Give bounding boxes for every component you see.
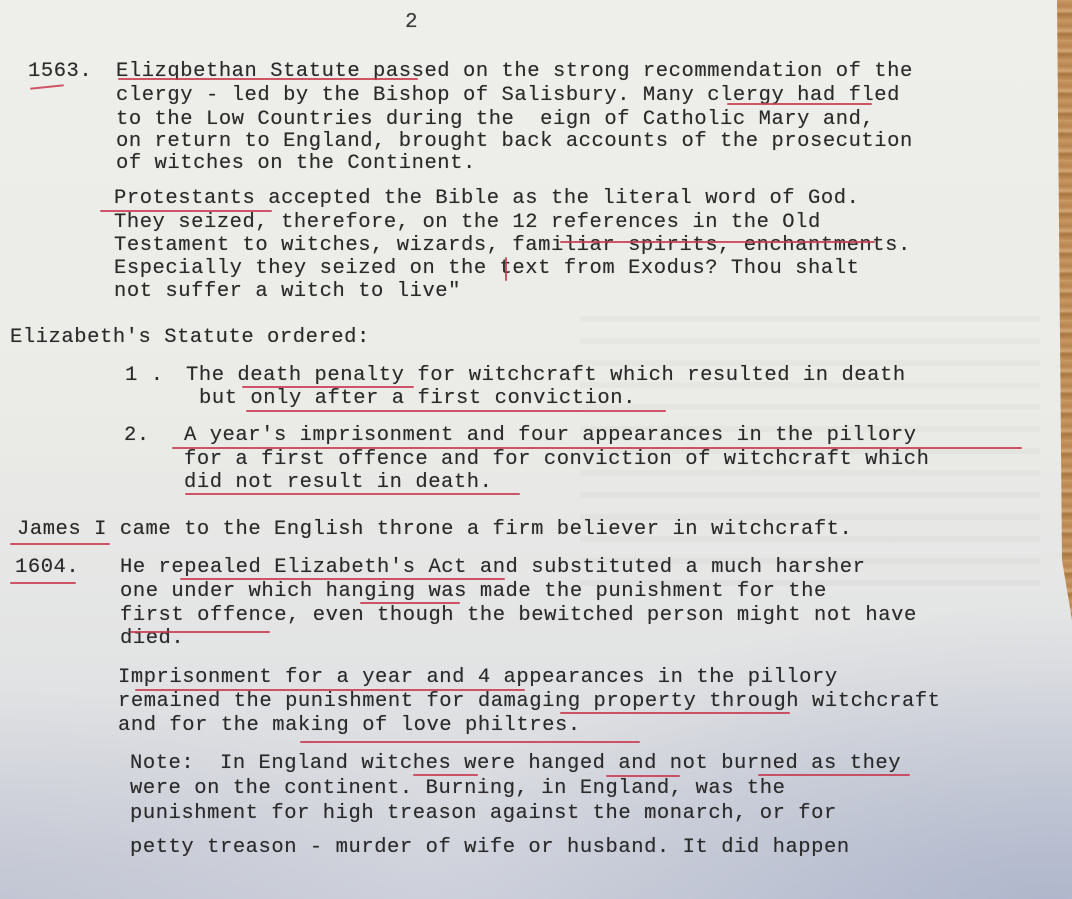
- underline-death-penalty: [242, 386, 414, 388]
- note-line-1: Note: In England witches were hanged and…: [130, 754, 901, 775]
- james-line: James I came to the English throne a fir…: [17, 520, 852, 541]
- page-number: 2: [405, 12, 418, 33]
- s1604-line-2: one under which hanging was made the pun…: [120, 582, 827, 603]
- item-2-line-3: did not result in death.: [184, 473, 492, 494]
- year-1604: 1604.: [15, 558, 79, 579]
- item-1-line-2: but only after a first conviction.: [199, 389, 636, 410]
- statute-heading: Elizabeth's Statute ordered:: [10, 328, 370, 349]
- underline-not-burned: [758, 774, 910, 776]
- imprisonment-line-1: Imprisonment for a year and 4 appearance…: [118, 668, 838, 689]
- underline-imprisonment-year: [135, 689, 525, 691]
- s1604-line-3: first offence, even though the bewitched…: [120, 606, 917, 627]
- item-1-number: 1 .: [125, 366, 164, 387]
- underline-many-clergy: [727, 103, 872, 105]
- underline-repealed-act: [180, 578, 505, 580]
- underline-first-offence: [130, 631, 270, 633]
- s1563-line-4: on return to England, brought back accou…: [116, 132, 913, 153]
- protestants-line-1: Protestants accepted the Bible as the li…: [114, 189, 859, 210]
- underline-love-philtres: [300, 741, 640, 743]
- item-2-line-2: for a first offence and for conviction o…: [184, 450, 929, 471]
- item-2-line-1: A year's imprisonment and four appearanc…: [184, 426, 917, 447]
- protestants-line-3: Testament to witches, wizards, familiar …: [114, 236, 911, 257]
- imprisonment-line-3: and for the making of love philtres.: [118, 716, 581, 737]
- underline-not-result-death: [185, 493, 520, 495]
- underline-protestants: [100, 210, 272, 212]
- s1563-line-5: of witches on the Continent.: [116, 154, 476, 175]
- item-1-line-1: The death penalty for witchcraft which r…: [186, 366, 906, 387]
- underline-1604: [10, 582, 76, 584]
- underline-first-conviction: [246, 410, 666, 412]
- protestants-line-4: Especially they seized on the text from …: [114, 259, 859, 280]
- underline-elizabethan-statute: [118, 78, 418, 80]
- imprisonment-line-2: remained the punishment for damaging pro…: [118, 692, 941, 713]
- protestants-line-5: not suffer a witch to live": [114, 282, 461, 303]
- protestants-line-2: They seized, therefore, on the 12 refere…: [114, 213, 821, 234]
- underline-damaging-property: [560, 712, 790, 714]
- item-2-number: 2.: [124, 426, 150, 447]
- underline-hanged: [606, 775, 680, 777]
- year-1563: 1563.: [28, 62, 92, 83]
- typewritten-page: 2 1563. Elizqbethan Statute passed on th…: [0, 0, 1072, 899]
- underline-hanging: [360, 602, 460, 604]
- note-line-3: punishment for high treason against the …: [130, 804, 837, 825]
- s1604-line-1: He repealed Elizabeth's Act and substitu…: [120, 558, 865, 579]
- underline-james-i: [10, 543, 110, 545]
- correction-mark: [505, 257, 507, 281]
- s1563-line-3: to the Low Countries during the eign of …: [116, 110, 874, 131]
- underline-witches: [413, 774, 478, 776]
- underline-familiar-spirits: [560, 241, 875, 243]
- note-line-2: were on the continent. Burning, in Engla…: [130, 779, 785, 800]
- underline-years-imprisonment: [172, 447, 1022, 449]
- margin-tick-mark: [30, 84, 64, 90]
- note-line-4: petty treason - murder of wife or husban…: [130, 838, 850, 859]
